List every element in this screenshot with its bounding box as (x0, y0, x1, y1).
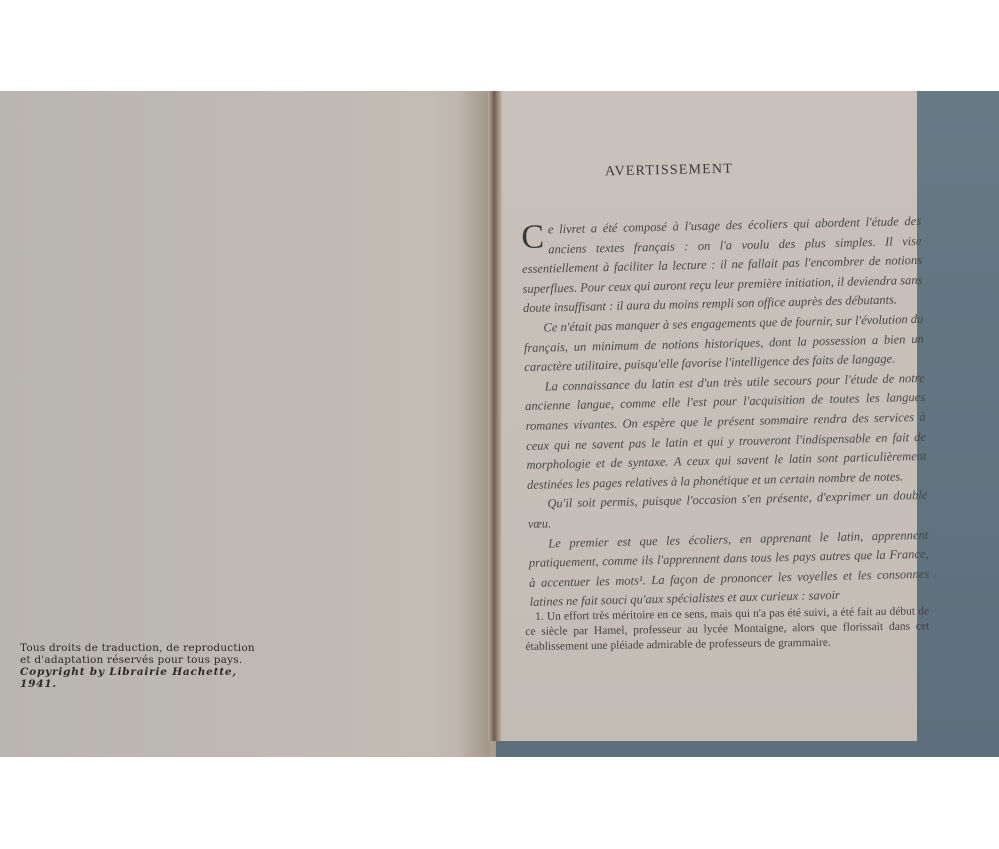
page-title: AVERTISSEMENT (605, 162, 733, 181)
copyright-line: Tous droits de traduction, de reproducti… (20, 642, 260, 654)
footnote-text: 1. Un effort très méritoire en ce sens, … (525, 604, 930, 655)
right-page: AVERTISSEMENT Ce livret a été composé à … (497, 91, 917, 741)
paragraph: Ce n'était pas manquer à ses engagements… (523, 310, 924, 378)
book-photo: Tous droits de traduction, de reproducti… (0, 91, 999, 757)
copyright-publisher: Copyright by Librairie Hachette, 1941. (20, 666, 260, 690)
paragraph: La connaissance du latin est d'un très u… (525, 369, 928, 496)
left-page: Tous droits de traduction, de reproducti… (0, 91, 496, 757)
copyright-line: et d'adaptation réservés pour tous pays. (20, 654, 260, 666)
copyright-notice: Tous droits de traduction, de reproducti… (20, 642, 260, 690)
drop-cap: C (521, 222, 544, 253)
page-shadow (430, 91, 490, 757)
paragraph: Ce livret a été composé à l'usage des éc… (521, 212, 923, 319)
book-gutter (488, 91, 502, 741)
foreword-body: Ce livret a été composé à l'usage des éc… (521, 212, 930, 613)
paragraph: Le premier est que les écoliers, en appr… (528, 525, 930, 612)
footnote: 1. Un effort très méritoire en ce sens, … (525, 604, 930, 655)
